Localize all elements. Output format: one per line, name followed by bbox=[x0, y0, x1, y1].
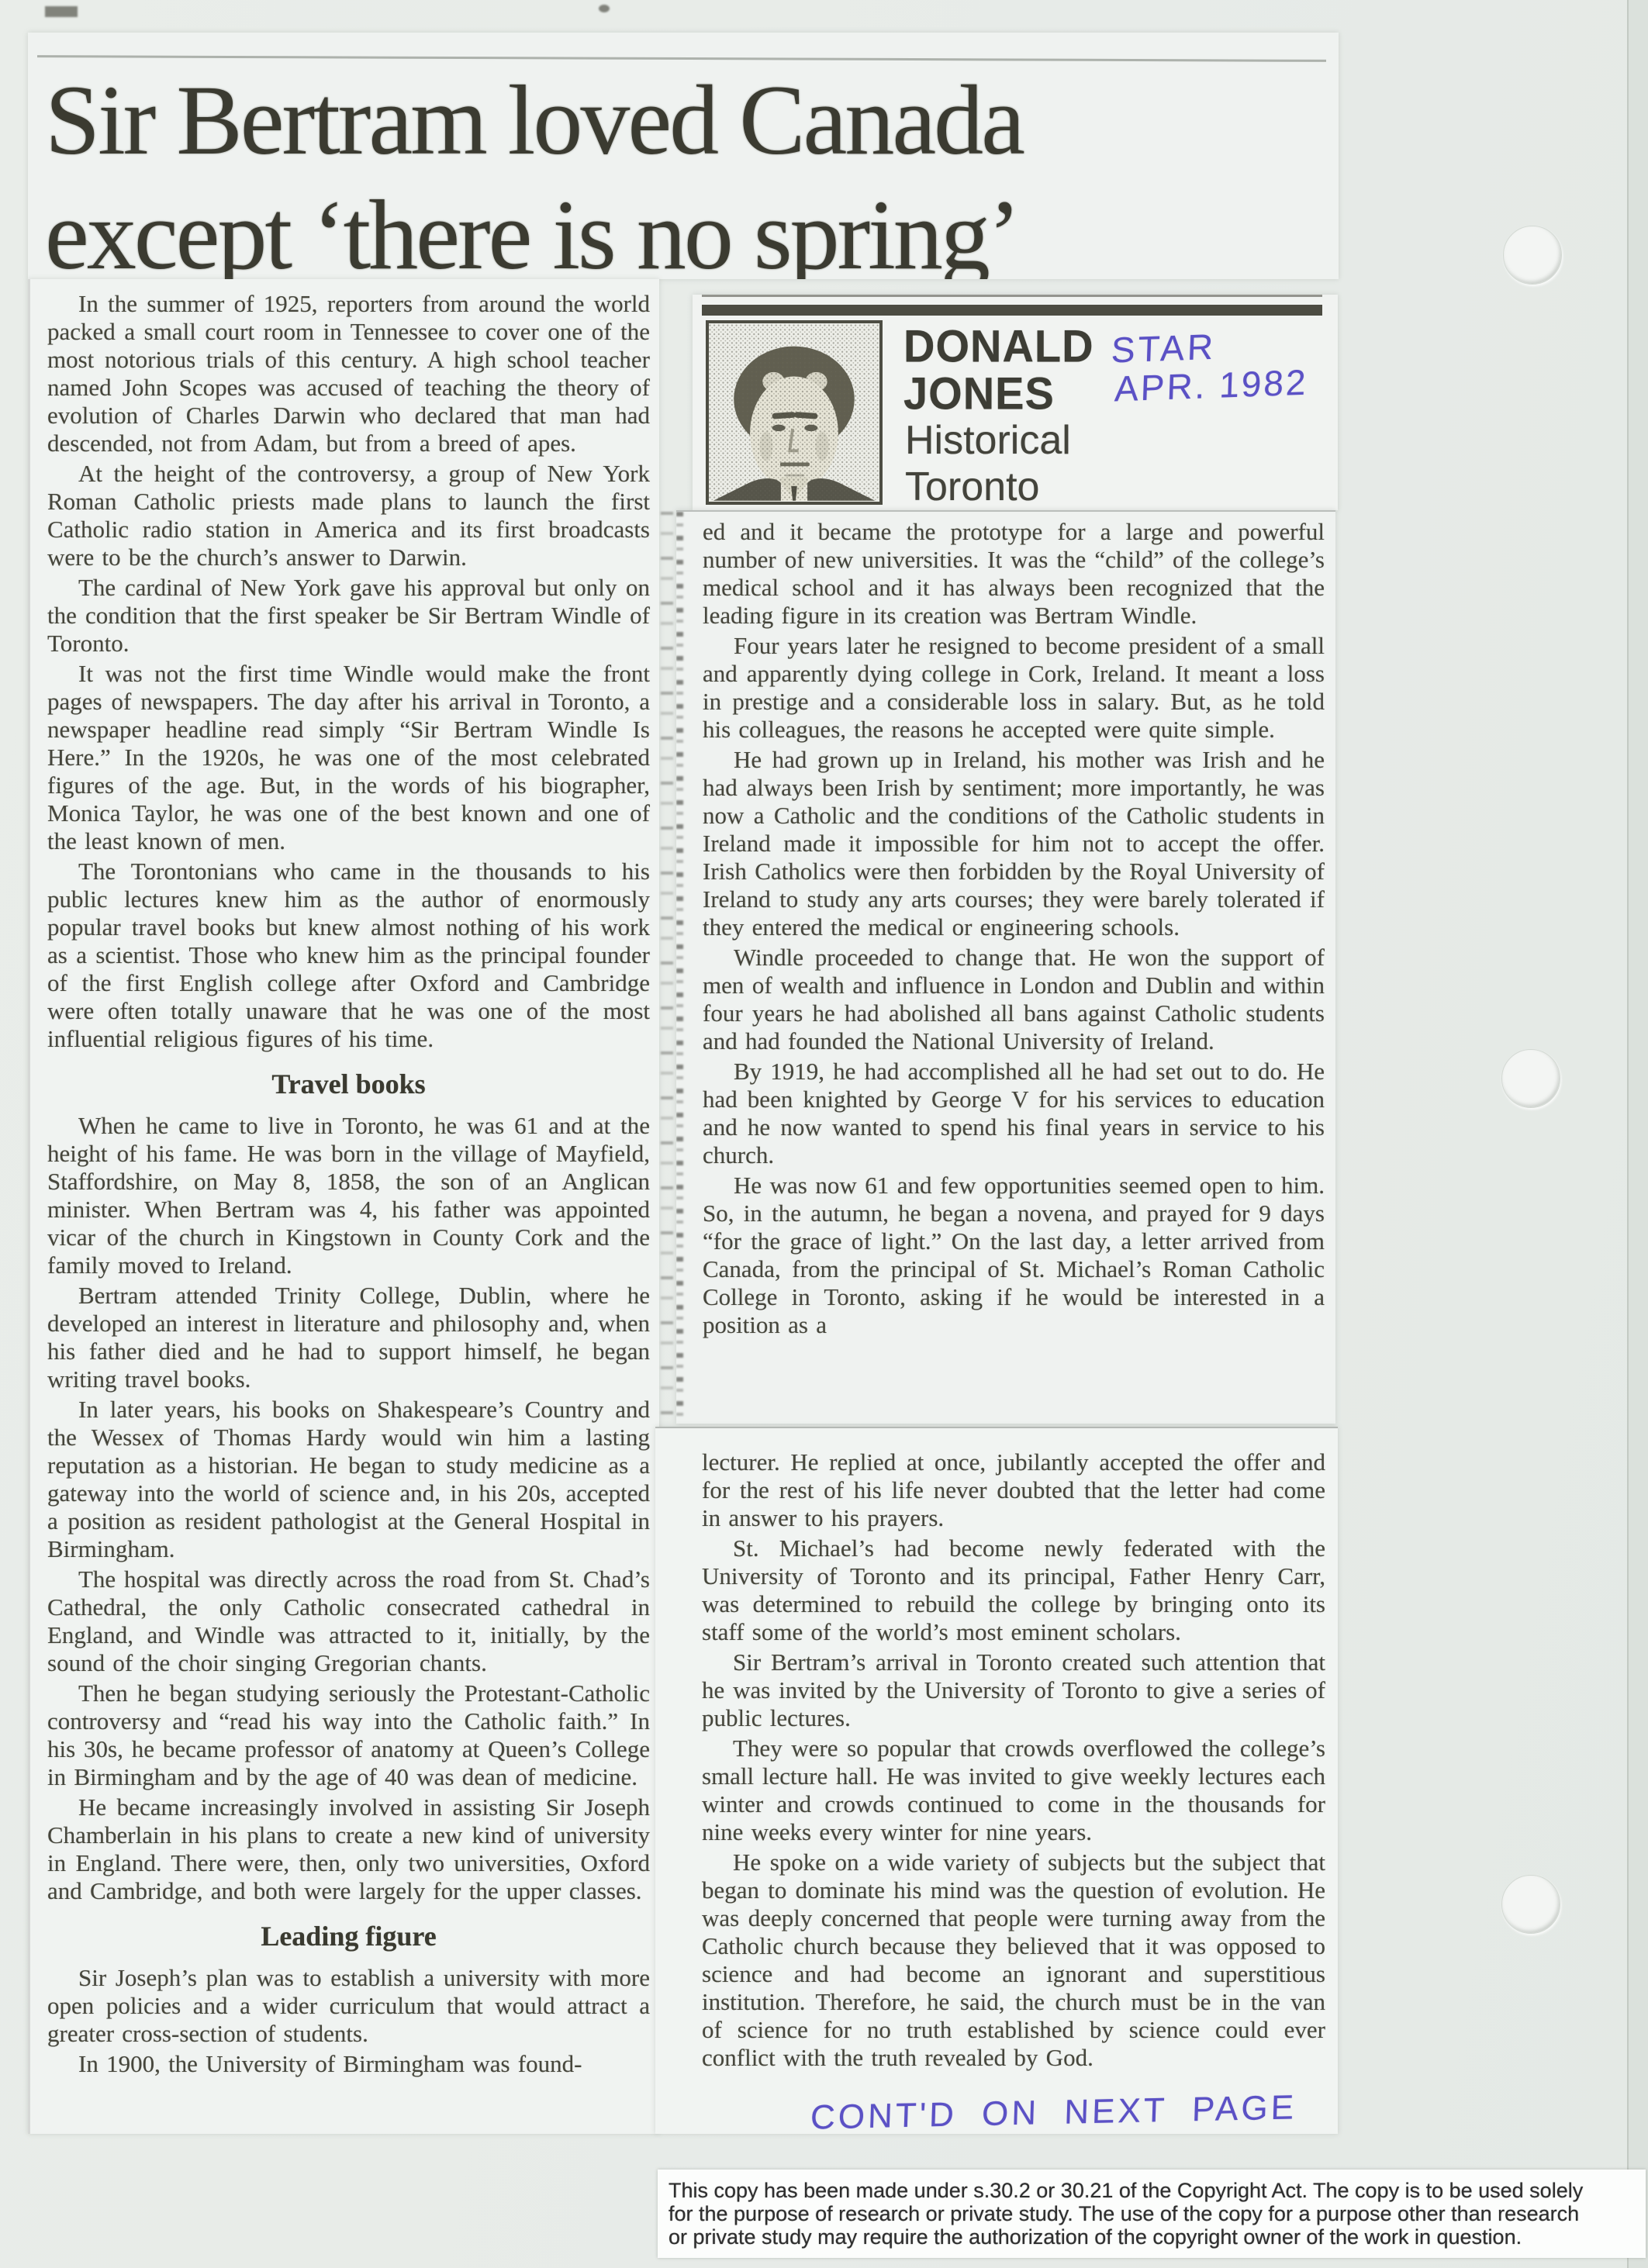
left-column-clipping: In the summer of 1925, reporters from ar… bbox=[28, 279, 659, 2134]
punch-hole bbox=[1501, 1049, 1560, 1108]
article-paragraph: The Torontonians who came in the thousan… bbox=[47, 858, 650, 1053]
byline-first-name: DONALD bbox=[903, 323, 1094, 370]
byline-column-line2: Toronto bbox=[905, 464, 1071, 510]
article-paragraph: Bertram attended Trinity College, Dublin… bbox=[47, 1282, 650, 1393]
article-paragraph: He became increasingly involved in assis… bbox=[47, 1793, 650, 1905]
article-paragraph: He was now 61 and few opportunities seem… bbox=[703, 1172, 1325, 1339]
byline-thick-rule bbox=[702, 305, 1322, 316]
torn-edge bbox=[676, 512, 683, 1424]
article-paragraph: Windle proceeded to change that. He won … bbox=[703, 944, 1325, 1055]
headline-line-1: Sir Bertram loved Canada bbox=[45, 70, 1325, 171]
scanned-newspaper-page: Sir Bertram loved Canada except ‘there i… bbox=[0, 0, 1648, 2268]
right-column-clipping-lower: lecturer. He replied at once, jubilantly… bbox=[655, 1427, 1338, 2134]
article-paragraph: At the height of the controversy, a grou… bbox=[47, 460, 650, 571]
copyright-line2: for the purpose of research or private s… bbox=[669, 2202, 1646, 2225]
article-paragraph: Four years later he resigned to become p… bbox=[703, 632, 1325, 744]
article-paragraph: By 1919, he had accomplished all he had … bbox=[703, 1058, 1325, 1169]
article-paragraph: In later years, his books on Shakespeare… bbox=[47, 1396, 650, 1563]
article-paragraph: They were so popular that crowds overflo… bbox=[702, 1735, 1325, 1846]
section-subhead-leading-figure: Leading figure bbox=[47, 1919, 650, 1953]
paper-edge-band bbox=[1627, 0, 1648, 2268]
article-paragraph: The hospital was directly across the roa… bbox=[47, 1566, 650, 1677]
handwritten-source-line2: APR. 1982 bbox=[1114, 363, 1308, 409]
torn-gutter-speckle bbox=[661, 512, 673, 1419]
headline-line-2: except ‘there is no spring’ bbox=[45, 185, 1325, 279]
paper-crease-line bbox=[37, 55, 1326, 62]
article-paragraph: Sir Bertram’s arrival in Toronto created… bbox=[702, 1648, 1325, 1732]
byline-last-name: JONES bbox=[903, 370, 1094, 417]
copyright-line1: This copy has been made under s.30.2 or … bbox=[669, 2179, 1646, 2202]
headline-clipping: Sir Bertram loved Canada except ‘there i… bbox=[28, 33, 1339, 279]
article-paragraph: It was not the first time Windle would m… bbox=[47, 660, 650, 855]
scan-speck bbox=[45, 6, 78, 17]
copyright-line3: or private study may require the authori… bbox=[669, 2225, 1646, 2249]
article-paragraph: The cardinal of New York gave his approv… bbox=[47, 574, 650, 658]
scan-speck bbox=[599, 5, 610, 12]
article-paragraph: In 1900, the University of Birmingham wa… bbox=[47, 2050, 650, 2078]
article-paragraph: Sir Joseph’s plan was to establish a uni… bbox=[47, 1964, 650, 2048]
article-paragraph: Then he began studying seriously the Pro… bbox=[47, 1679, 650, 1791]
article-paragraph: ed and it became the prototype for a lar… bbox=[703, 518, 1325, 630]
right-column-clipping-upper: ed and it became the prototype for a lar… bbox=[676, 510, 1335, 1424]
article-paragraph: In the summer of 1925, reporters from ar… bbox=[47, 290, 650, 457]
punch-hole bbox=[1503, 226, 1562, 285]
byline-portrait bbox=[706, 320, 883, 505]
byline-column-title: Historical Toronto bbox=[905, 417, 1071, 510]
article-paragraph: He had grown up in Ireland, his mother w… bbox=[703, 746, 1325, 941]
byline-author-name: DONALD JONES bbox=[903, 323, 1094, 417]
copyright-stamp: This copy has been made under s.30.2 or … bbox=[658, 2170, 1646, 2258]
section-subhead-travel-books: Travel books bbox=[47, 1067, 650, 1101]
article-paragraph: When he came to live in Toronto, he was … bbox=[47, 1112, 650, 1279]
article-paragraph: St. Michael’s had become newly federated… bbox=[702, 1534, 1325, 1646]
article-paragraph: lecturer. He replied at once, jubilantly… bbox=[702, 1448, 1325, 1532]
punch-hole bbox=[1501, 1875, 1560, 1934]
handwritten-source-annotation: STAR APR. 1982 bbox=[1109, 323, 1310, 408]
byline-thin-rule bbox=[702, 295, 1322, 297]
article-paragraph: He spoke on a wide variety of subjects b… bbox=[702, 1849, 1325, 2072]
byline-column-line1: Historical bbox=[905, 417, 1071, 464]
halftone-portrait-icon bbox=[709, 323, 879, 502]
